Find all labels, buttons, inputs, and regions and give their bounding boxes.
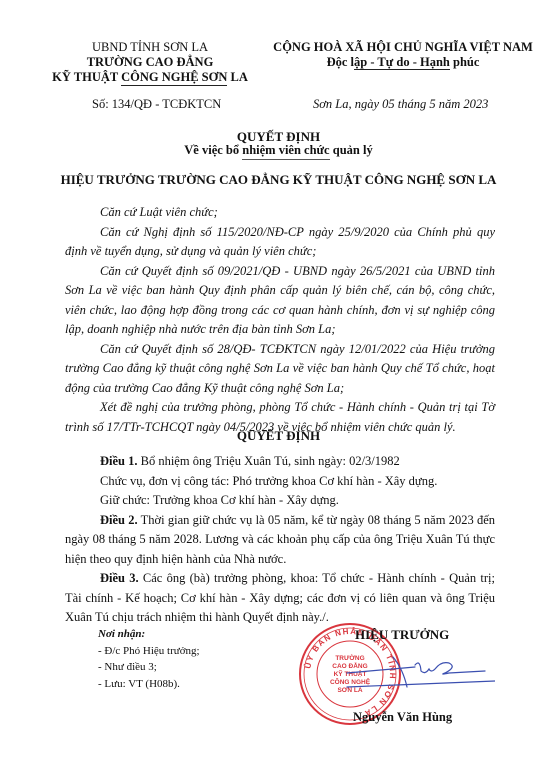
signature-mark-icon	[345, 655, 495, 700]
signer-title: HIỆU TRƯỞNG	[355, 627, 449, 643]
document-date: Sơn La, ngày 05 tháng 5 năm 2023	[313, 97, 488, 112]
decision-document: UBND TỈNH SƠN LA TRƯỜNG CAO ĐẲNG KỸ THUẬ…	[0, 0, 557, 761]
agency-name-line2: KỸ THUẬT CÔNG NGHỆ SƠN LA	[40, 70, 260, 85]
document-number: Số: 134/QĐ - TCĐKTCN	[92, 97, 221, 112]
agency-parent: UBND TỈNH SƠN LA	[40, 40, 260, 55]
basis-item: Căn cứ Quyết định số 09/2021/QĐ - UBND n…	[65, 262, 495, 340]
national-title: CỘNG HOÀ XÃ HỘI CHỦ NGHĨA VIỆT NAM	[258, 40, 548, 55]
article-1: Điều 1. Bổ nhiệm ông Triệu Xuân Tú, sinh…	[65, 452, 495, 472]
national-header: CỘNG HOÀ XÃ HỘI CHỦ NGHĨA VIỆT NAM Độc l…	[258, 40, 548, 70]
articles: Điều 1. Bổ nhiệm ông Triệu Xuân Tú, sinh…	[65, 452, 495, 628]
recipients-block: Nơi nhận: - Đ/c Phó Hiệu trưởng; - Như đ…	[98, 626, 200, 692]
basis-item: Căn cứ Quyết định số 28/QĐ- TCĐKTCN ngày…	[65, 340, 495, 399]
issuing-authority: HIỆU TRƯỞNG TRƯỜNG CAO ĐẲNG KỸ THUẬT CÔN…	[0, 172, 557, 188]
legal-basis: Căn cứ Luật viên chức; Căn cứ Nghị định …	[65, 203, 495, 437]
article-3: Điều 3. Các ông (bà) trưởng phòng, khoa:…	[65, 569, 495, 628]
document-subject: Về việc bổ nhiệm viên chức quản lý	[0, 143, 557, 158]
article-2: Điều 2. Thời gian giữ chức vụ là 05 năm,…	[65, 511, 495, 570]
recipient-item: - Lưu: VT (H08b).	[98, 676, 200, 693]
basis-item: Căn cứ Luật viên chức;	[65, 203, 495, 223]
national-motto: Độc lập - Tự do - Hạnh phúc	[258, 55, 548, 70]
recipient-item: - Đ/c Phó Hiệu trưởng;	[98, 643, 200, 660]
decision-heading: QUYẾT ĐỊNH	[0, 428, 557, 444]
article-1-new-position: Giữ chức: Trưởng khoa Cơ khí hàn - Xây d…	[65, 491, 495, 511]
recipients-heading: Nơi nhận:	[98, 626, 200, 643]
article-1-position: Chức vụ, đơn vị công tác: Phó trưởng kho…	[65, 472, 495, 492]
signer-name: Nguyễn Văn Hùng	[353, 710, 452, 725]
issuing-agency-header: UBND TỈNH SƠN LA TRƯỜNG CAO ĐẲNG KỸ THUẬ…	[40, 40, 260, 85]
recipient-item: - Như điều 3;	[98, 659, 200, 676]
basis-item: Căn cứ Nghị định số 115/2020/NĐ-CP ngày …	[65, 223, 495, 262]
agency-name-line1: TRƯỜNG CAO ĐẲNG	[40, 55, 260, 70]
